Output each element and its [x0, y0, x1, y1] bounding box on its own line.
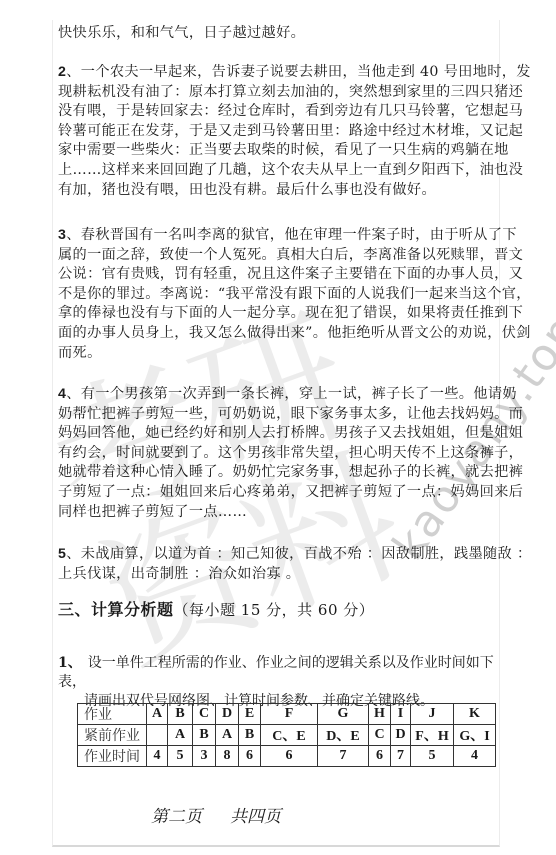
item-4: 4、有一个男孩第一次弄到一条长裤，穿上一试，裤子长了一些。他请奶 奶帮忙把裤子剪… — [58, 385, 494, 522]
table-cell: 6 — [261, 746, 318, 767]
table-cell: H — [369, 704, 391, 725]
table-cell: B — [193, 725, 216, 746]
table-cell: 4 — [147, 746, 168, 767]
table-cell: I — [391, 704, 411, 725]
item-number: 2 — [58, 64, 66, 80]
table-cell: 5 — [168, 746, 193, 767]
table-cell: 6 — [369, 746, 391, 767]
item-5: 5、未战庙算，以道为首 ：知己知彼，百战不殆 ：因敌制胜，践墨随敌 ： 上兵伐谋… — [58, 545, 494, 584]
table-cell: D — [391, 725, 411, 746]
table-cell: E — [239, 704, 261, 725]
item-3: 3、春秋晋国有一名叫李离的狱官，他在审理一件案子时，由于听从了下 属的一面之辞，… — [58, 226, 494, 363]
document-page: 考研资料 kaoyany.top 快快乐乐，和和气气，日子越过越好。 2、一个农… — [52, 20, 500, 847]
item-2: 2、一个农夫一早起来，告诉妻子说要去耕田，当他走到 40 号田地时，发 现耕耘机… — [58, 63, 494, 200]
row-label: 作业 — [78, 704, 147, 725]
table-cell: G、I — [454, 725, 496, 746]
table-cell: G — [318, 704, 369, 725]
table-cell: J — [411, 704, 454, 725]
page-total: 共四页 — [230, 807, 281, 827]
table-cell: A — [168, 725, 193, 746]
table-cell: D、E — [318, 725, 369, 746]
page-footer: 第二页共四页 — [151, 802, 309, 827]
item-number: 3 — [58, 227, 66, 243]
table-cell: C、E — [261, 725, 318, 746]
section-title: 三、计算分析题（每小题 15 分，共 60 分） — [58, 597, 374, 620]
job-table: 作业 A B C D E F G H I J K 紧前作业 A B A B C、… — [77, 703, 496, 767]
table-cell: 6 — [239, 746, 261, 767]
table-cell: 3 — [193, 746, 216, 767]
table-cell: 7 — [391, 746, 411, 767]
table-cell: C — [369, 725, 391, 746]
table-cell: 7 — [318, 746, 369, 767]
row-label: 作业时间 — [78, 746, 147, 767]
table-cell: 5 — [411, 746, 454, 767]
intro-tail: 快快乐乐，和和气气，日子越过越好。 — [58, 24, 494, 44]
table-cell: D — [216, 704, 239, 725]
table-cell: F — [261, 704, 318, 725]
table-row-durations: 作业时间 4 5 3 8 6 6 7 6 7 5 4 — [78, 746, 496, 767]
table-cell: A — [216, 725, 239, 746]
table-row-jobs: 作业 A B C D E F G H I J K — [78, 704, 496, 725]
table-cell: B — [239, 725, 261, 746]
table-cell: C — [193, 704, 216, 725]
table-cell: A — [147, 704, 168, 725]
table-row-predecessors: 紧前作业 A B A B C、E D、E C D F、H G、I — [78, 725, 496, 746]
item-number: 5 — [58, 546, 66, 562]
item-number: 4 — [58, 386, 66, 402]
page-number: 第二页 — [151, 807, 202, 827]
table-cell — [147, 725, 168, 746]
table-cell: B — [168, 704, 193, 725]
table-cell: K — [454, 704, 496, 725]
table-cell: 4 — [454, 746, 496, 767]
row-label: 紧前作业 — [78, 725, 147, 746]
table-cell: F、H — [411, 725, 454, 746]
question-number: 1、 — [58, 655, 82, 671]
table-cell: 8 — [216, 746, 239, 767]
